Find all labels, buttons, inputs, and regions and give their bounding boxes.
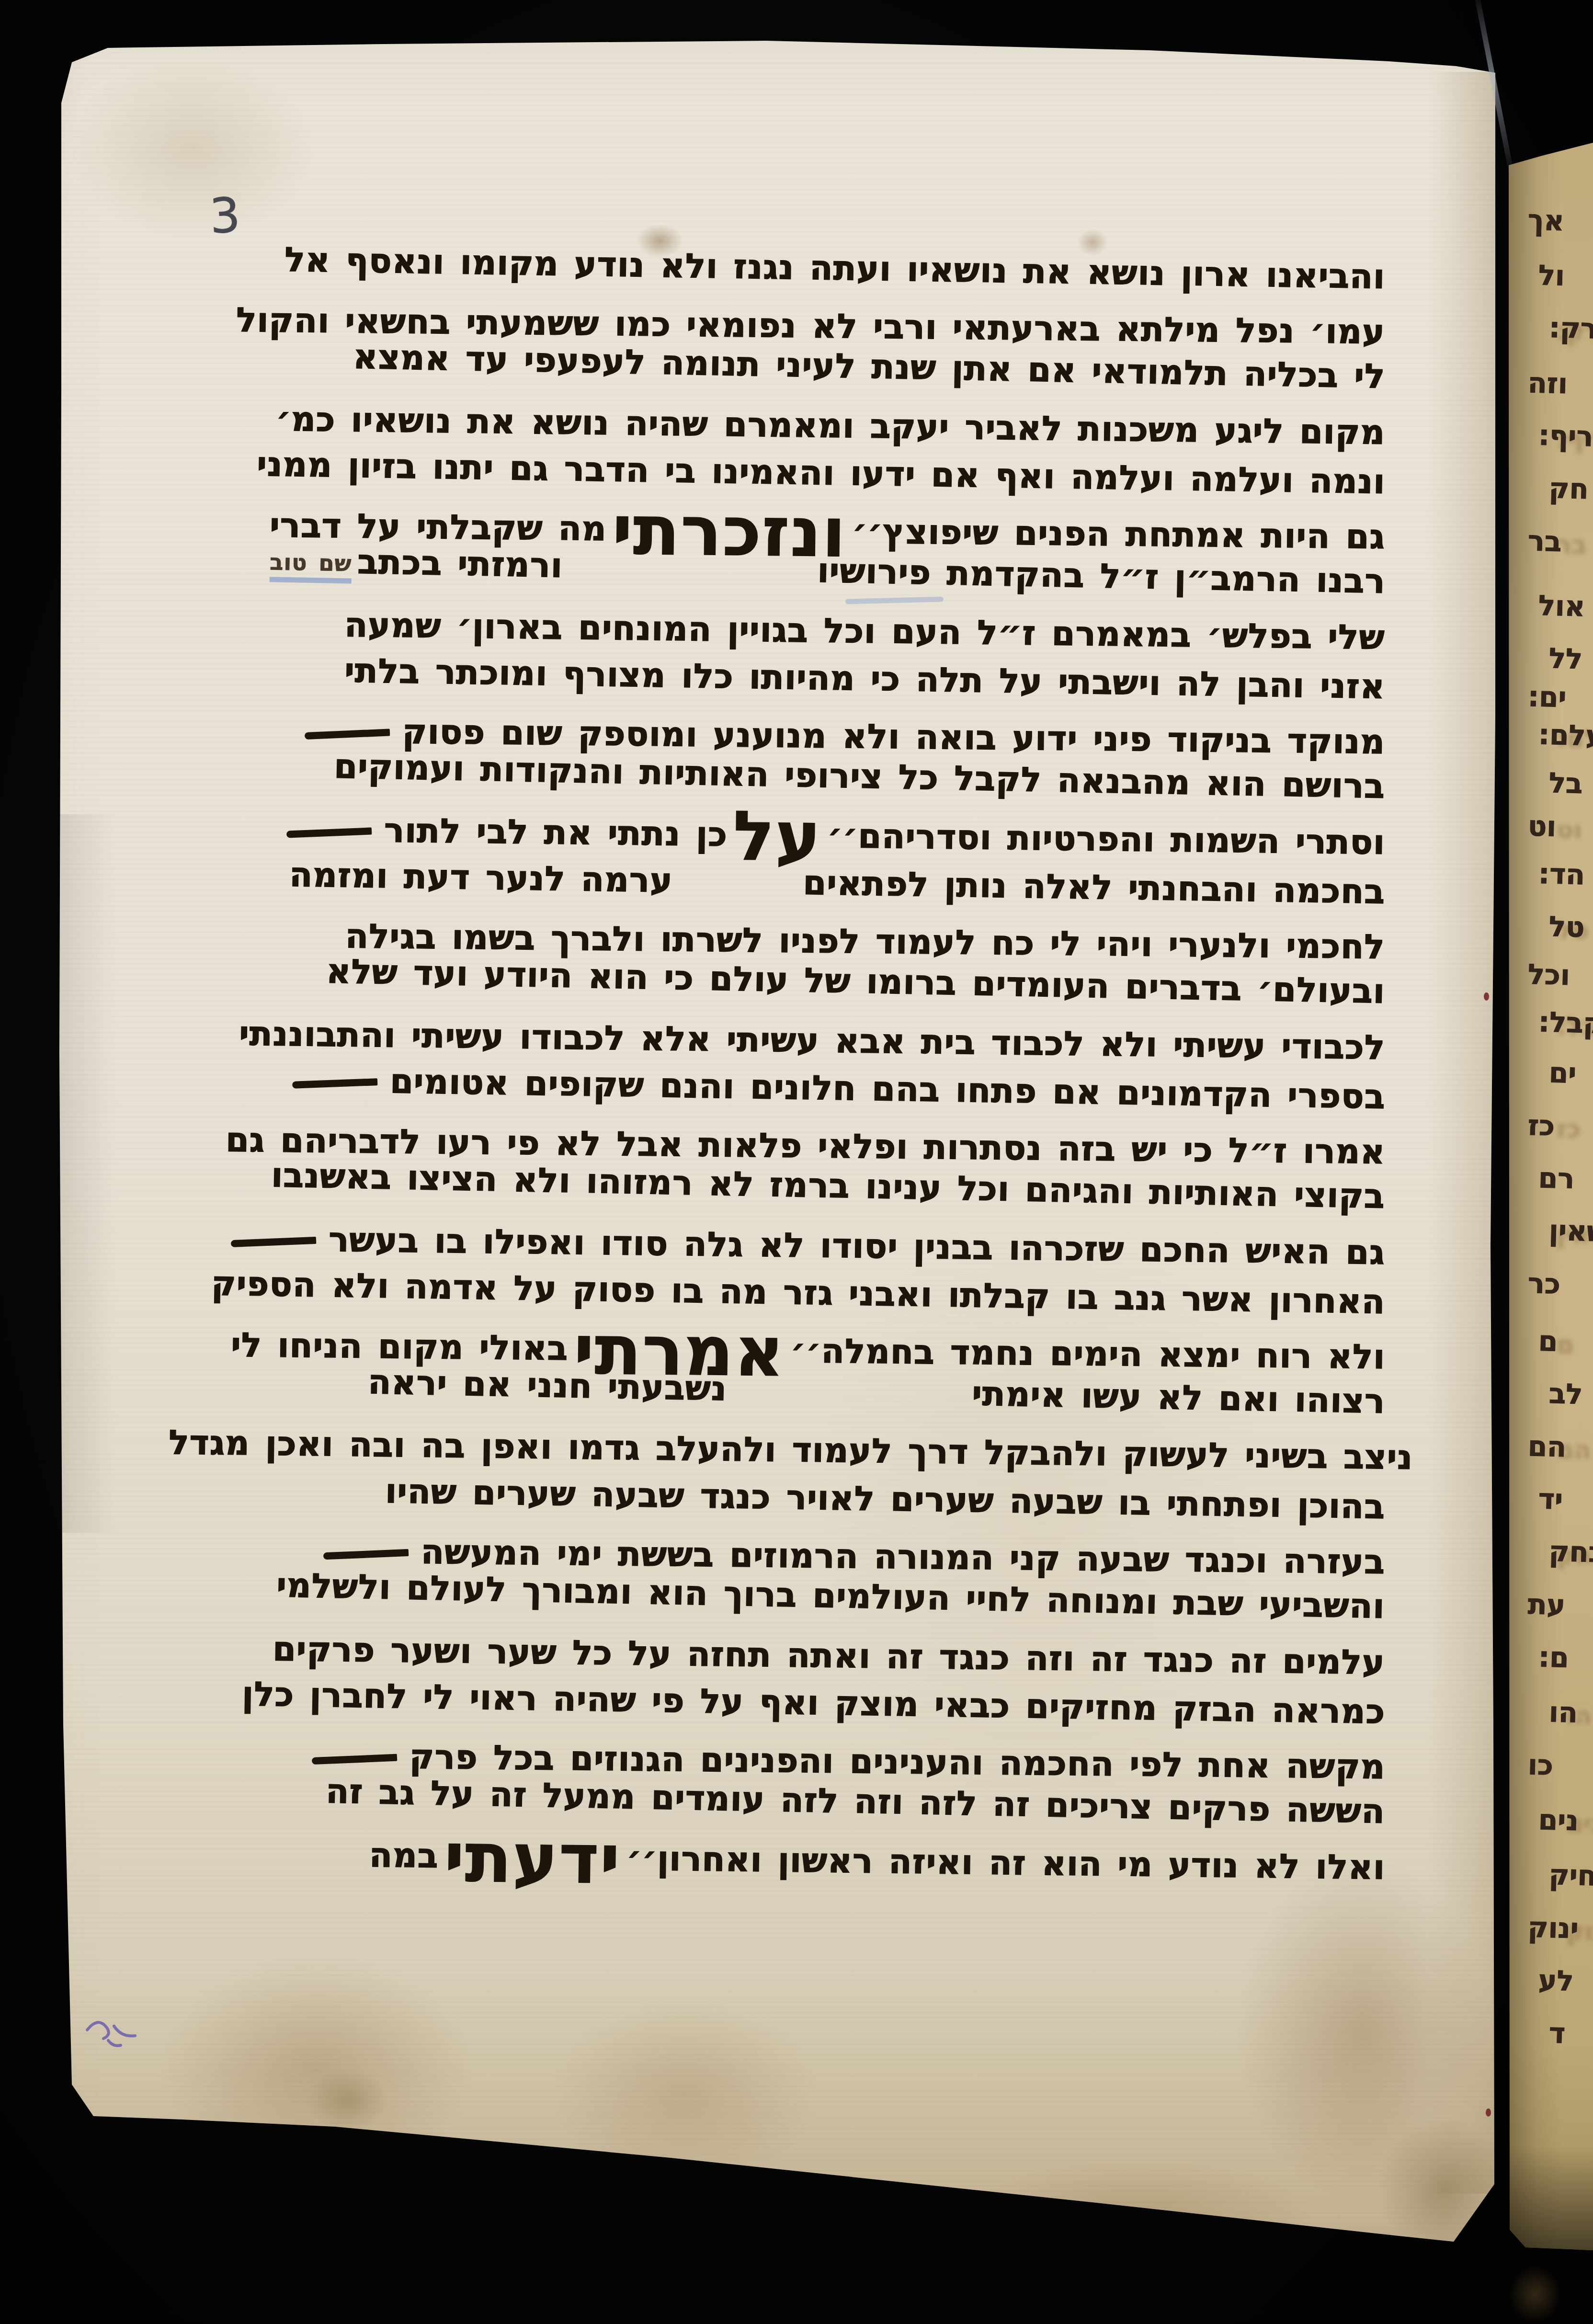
bleed-through-smudge: בחק	[1557, 1542, 1593, 1569]
facing-page-text-fragment: ול	[1538, 261, 1565, 290]
text-segment: ערמה לנער דעת ומזמה	[289, 855, 673, 900]
violet-ink-squiggle	[80, 2012, 157, 2055]
line-filler-stroke	[305, 729, 390, 740]
text-segment: והביאנו ארון נושא את נושאיו ועתה נגנז ול…	[284, 240, 1385, 296]
bleed-through-smudge: שאין	[1557, 1221, 1593, 1248]
facing-page-text-fragment: רק:	[1548, 313, 1593, 343]
bleed-through-smudge: טל	[1557, 917, 1589, 944]
facing-page-text-fragment: בל	[1548, 768, 1583, 798]
stain	[1379, 2117, 1509, 2261]
facing-page-text-fragment: עלם:	[1538, 720, 1593, 751]
stain	[57, 1973, 1499, 2251]
stain	[551, 1997, 819, 2189]
text-segment: וסתרי השמות והפרטיות וסדריהם׳׳	[827, 816, 1386, 862]
facing-page-text-fragment: ם:	[1538, 1642, 1569, 1672]
text-segment: בהוכן ופתחתי בו שבעה שערים לאויר כנגד שב…	[385, 1471, 1386, 1527]
bleed-through-smudge: עלם:	[1557, 726, 1593, 752]
text-segment: בספרי הקדמונים אם פתחו בהם חלונים והנם ש…	[389, 1061, 1386, 1116]
facing-page-text-fragment: ים:	[1527, 682, 1567, 712]
facing-page-text-fragment: ינוק	[1527, 1913, 1579, 1943]
facing-page-text-fragment: בר	[1527, 526, 1562, 556]
text-segment: נשבעתי חנני אם יראה	[367, 1362, 727, 1408]
facing-page-text-fragment: הו	[1548, 1697, 1578, 1727]
line-filler-stroke	[231, 1237, 316, 1247]
bleed-through-smudge: קבל:	[1557, 1013, 1593, 1040]
bleed-through-smudge: נים	[1566, 1811, 1593, 1837]
facing-page-text-fragment: ים	[1548, 1058, 1577, 1087]
facing-page-text-fragment: לל	[1548, 644, 1583, 673]
facing-page-text-fragment: הם	[1527, 1432, 1567, 1461]
facing-page-text-fragment: ם	[1538, 1326, 1558, 1356]
bleed-through-smudge: הם	[1557, 1437, 1591, 1464]
manuscript-page: 3 והביאנו ארון נושא את נושאיו ועתה נגנז …	[0, 0, 1593, 2324]
facing-page-text-fragment: כו	[1527, 1750, 1553, 1779]
facing-page-text-fragment: הד:	[1538, 859, 1585, 889]
text-segment: רבנו הרמב״ן ז״ל בהקדמת פירושיו	[817, 551, 1386, 601]
stain	[67, 57, 316, 239]
red-ink-speck	[1486, 2108, 1491, 2117]
photographed-book-spread: 3 והביאנו ארון נושא את נושאיו ועתה נגנז …	[0, 0, 1593, 2324]
text-segment: ניצב בשיני לעשוק ולהבקל דרך לעמוד ולהעלב…	[169, 1423, 1413, 1477]
bleed-through-smudge: רק:	[1557, 319, 1593, 345]
line-filler-stroke	[323, 1549, 409, 1560]
small-annotated-word: שם טוב	[269, 549, 352, 583]
enlarged-word: ידעתי	[444, 1818, 621, 1899]
line-gap	[565, 577, 814, 582]
text-segment: ואלו לא נודע מי הוא זה ואיזה ראשון ואחרו…	[626, 1839, 1386, 1887]
facing-page-text-fragment: חיק	[1548, 1860, 1593, 1891]
folio-number: 3	[208, 187, 242, 244]
line-gap	[729, 1400, 969, 1405]
facing-page-text-fragment: כז	[1527, 1111, 1555, 1140]
text-segment: אזני והבן לה וישבתי על תלה כי מהיותו כלו…	[344, 651, 1386, 706]
text-segment: כן נתתי את לבי לתור	[384, 810, 728, 854]
text-segment: רצוהו ואם לא עשו אימתי	[971, 1374, 1385, 1421]
facing-page-text-fragment: יד	[1538, 1484, 1563, 1514]
bleed-through-smudge: וט	[1557, 817, 1582, 843]
facing-page-text-fragment: ריף:	[1538, 421, 1593, 451]
facing-page-text-fragment: ד	[1548, 2019, 1566, 2048]
stain	[158, 1954, 474, 2184]
bleed-through-smudge: ינוק	[1566, 1918, 1593, 1945]
gutter-shadow-blob	[1509, 2266, 1561, 2323]
facing-page-text-fragment: וט	[1527, 811, 1557, 841]
facing-page-text-fragment: לע	[1538, 1966, 1574, 1995]
facing-page-text-fragment: רם	[1538, 1163, 1575, 1193]
bleed-through-smudge: כז	[1557, 1116, 1581, 1143]
stain	[1427, 72, 1499, 2194]
facing-page-text-fragment: נים	[1538, 1805, 1579, 1835]
facing-page-text-fragment: וכל	[1527, 960, 1570, 990]
facing-page-text-fragment: חק	[1548, 474, 1589, 503]
text-segment: ורמזתי בכתב	[357, 542, 563, 585]
bleed-through-smudge: בר	[1557, 532, 1587, 558]
manuscript-line: ואלו לא נודע מי הוא זה ואיזה ראשון ואחרו…	[366, 1830, 1388, 1893]
facing-page-text-fragment: שאין	[1548, 1216, 1593, 1246]
facing-page-text-fragment: לב	[1548, 1379, 1583, 1409]
stain	[307, 2069, 388, 2131]
line-gap	[675, 892, 800, 894]
facing-page-text-fragment: כר	[1527, 1269, 1560, 1299]
line-filler-stroke	[311, 1754, 397, 1765]
facing-page-text-fragment: טל	[1548, 912, 1585, 942]
stain	[967, 2160, 1312, 2270]
line-filler-stroke	[292, 1078, 377, 1089]
text-segment: בחכמה והבחנתי לאלה נותן לפתאים	[803, 863, 1386, 911]
stain	[60, 814, 117, 1533]
line-filler-stroke	[286, 827, 372, 838]
manuscript-line: והביאנו ארון נושא את נושאיו ועתה נגנז ול…	[281, 234, 1388, 303]
text-segment: במה	[369, 1835, 439, 1876]
bleed-through-smudge: ם	[1557, 1332, 1574, 1358]
facing-page-text-fragment: וזה	[1527, 368, 1568, 398]
facing-page-text-fragment: אך	[1527, 205, 1564, 235]
bleed-through-smudge: ריף:	[1557, 426, 1593, 453]
red-ink-speck	[1484, 992, 1489, 1001]
facing-page-text-fragment: אול	[1538, 591, 1585, 621]
bleed-through-smudge: הו	[1566, 1703, 1592, 1730]
facing-page-text-fragment: עת	[1527, 1590, 1566, 1619]
stain	[1236, 1858, 1490, 2203]
facing-page-text-fragment: קבל:	[1538, 1007, 1593, 1038]
facing-page-text-fragment: בחק	[1548, 1537, 1593, 1567]
